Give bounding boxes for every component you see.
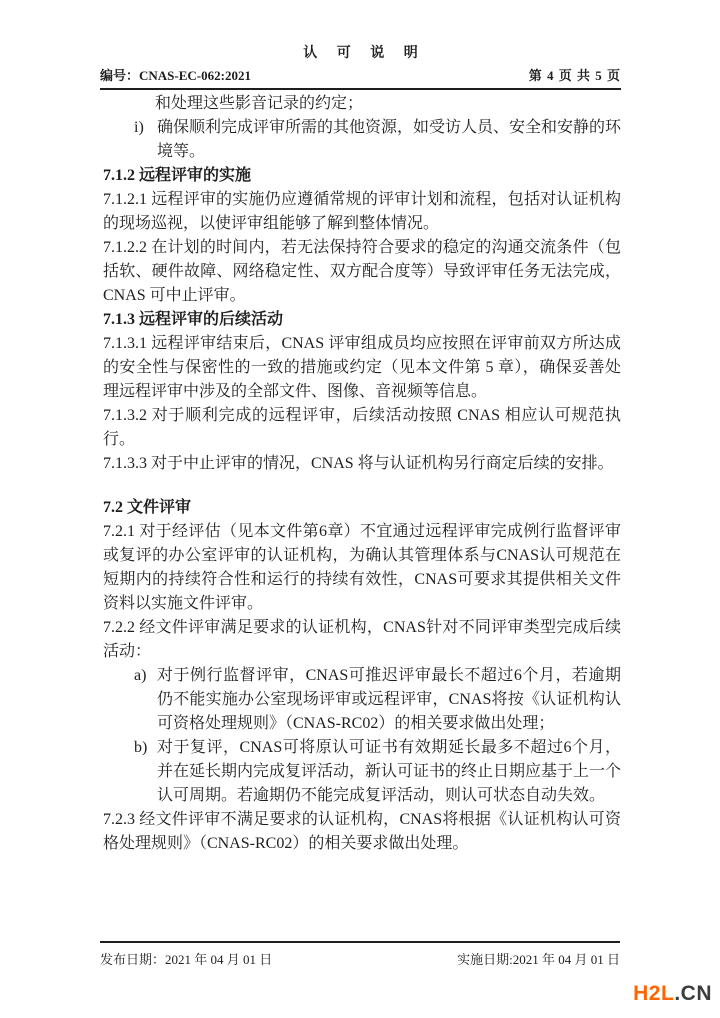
section-heading-713: 7.1.3 远程评审的后续活动 [103,308,621,332]
page-footer: 发布日期：2021 年 04 月 01 日 实施日期:2021 年 04 月 0… [100,941,620,968]
h2l-watermark: H2L.CN [633,982,712,1006]
paragraph-7121: 7.1.2.1 远程评审的实施仍应遵循常规的评审计划和流程，包括对认证机构的现场… [103,188,621,236]
paragraph-7132: 7.1.3.2 对于顺利完成的远程评审，后续活动按照 CNAS 相应认可规范执行… [103,404,621,452]
page-header: 认 可 说 明 编号：CNAS-EC-062:2021 第 4 页 共 5 页 [100,42,621,90]
paragraph-7133: 7.1.3.3 对于中止评审的情况，CNAS 将与认证机构另行商定后续的安排。 [103,452,621,476]
document-body: 和处理这些影音记录的约定； i) 确保顺利完成评审所需的其他资源，如受访人员、安… [103,92,621,856]
implementation-date: 实施日期:2021 年 04 月 01 日 [457,949,620,968]
list-item-a: a) 对于例行监督评审，CNAS可推迟评审最长不超过6个月，若逾期仍不能实施办公… [103,664,621,736]
document-page: 认 可 说 明 编号：CNAS-EC-062:2021 第 4 页 共 5 页 … [0,0,720,1018]
watermark-tld: .CN [674,982,712,1005]
document-title: 认 可 说 明 [100,42,621,62]
list-item-i: i) 确保顺利完成评审所需的其他资源，如受访人员、安全和安静的环境等。 [103,116,621,164]
section-heading-712: 7.1.2 远程评审的实施 [103,164,621,188]
section-spacer [103,476,621,496]
list-marker: i) [134,116,144,140]
paragraph-723: 7.2.3 经文件评审不满足要求的认证机构，CNAS将根据《认证机构认可资格处理… [103,808,621,856]
header-row: 编号：CNAS-EC-062:2021 第 4 页 共 5 页 [100,65,621,90]
list-item-text: 对于复评，CNAS可将原认可证书有效期延长最多不超过6个月，并在延长期内完成复评… [157,739,621,804]
watermark-brand: H2L [633,982,674,1005]
paragraph-7131: 7.1.3.1 远程评审结束后，CNAS 评审组成员均应按照在评审前双方所达成的… [103,332,621,404]
paragraph-continuation: 和处理这些影音记录的约定； [103,92,621,116]
paragraph-722: 7.2.2 经文件评审满足要求的认证机构，CNAS针对不同评审类型完成后续活动： [103,616,621,664]
list-item-text: 确保顺利完成评审所需的其他资源，如受访人员、安全和安静的环境等。 [157,119,621,160]
list-marker: a) [134,664,146,688]
issue-date: 发布日期：2021 年 04 月 01 日 [100,949,272,968]
section-heading-72: 7.2 文件评审 [103,496,621,520]
document-number: 编号：CNAS-EC-062:2021 [100,65,251,84]
list-marker: b) [134,736,147,760]
list-item-b: b) 对于复评，CNAS可将原认可证书有效期延长最多不超过6个月，并在延长期内完… [103,736,621,808]
page-number-indicator: 第 4 页 共 5 页 [529,65,621,84]
paragraph-721: 7.2.1 对于经评估（见本文件第6章）不宜通过远程评审完成例行监督评审或复评的… [103,520,621,616]
paragraph-7122: 7.1.2.2 在计划的时间内，若无法保持符合要求的稳定的沟通交流条件（包括软、… [103,236,621,308]
list-item-text: 对于例行监督评审，CNAS可推迟评审最长不超过6个月，若逾期仍不能实施办公室现场… [157,667,621,732]
